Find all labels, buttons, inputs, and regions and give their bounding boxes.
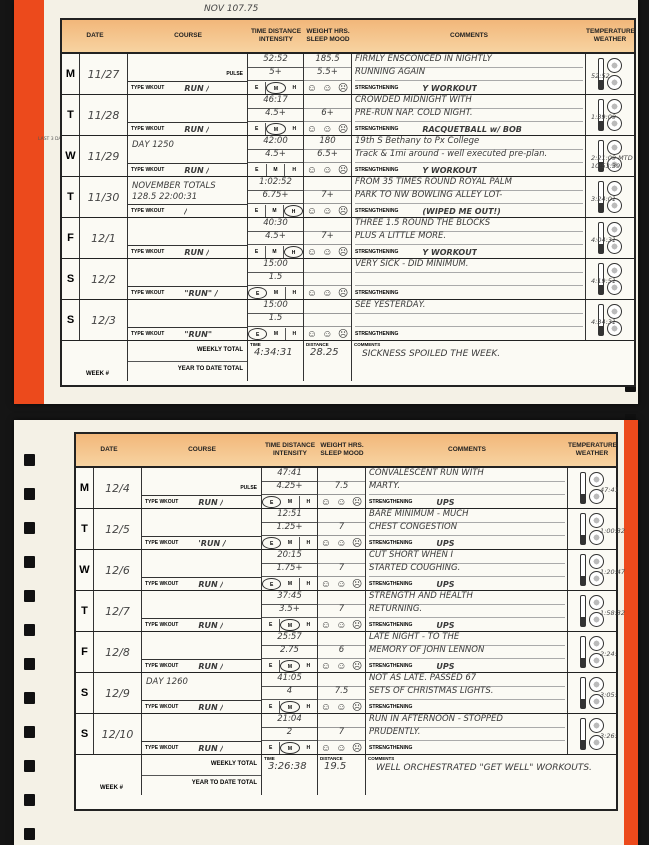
run-time: 46:17 xyxy=(248,95,303,109)
time-distance-cell[interactable]: 47:41 4.25+ E M H xyxy=(262,468,318,508)
time-distance-cell[interactable]: 42:00 4.5+ E M H xyxy=(248,136,304,176)
mood-faces[interactable]: ☺ ☺ ☹ xyxy=(318,660,365,672)
mood-faces[interactable]: ☺ ☺ ☹ xyxy=(318,619,365,631)
weight-sleep-cell[interactable]: 185.5 5.5+ ☺ ☺ ☹ xyxy=(304,54,352,94)
happy-face-icon[interactable]: ☺ xyxy=(321,743,331,754)
weekly-total-distance: 28.25 xyxy=(310,347,339,358)
happy-face-icon[interactable]: ☺ xyxy=(307,206,317,217)
sleep-hours xyxy=(304,313,351,327)
sad-face-icon[interactable]: ☹ xyxy=(338,247,348,258)
neutral-face-icon[interactable]: ☺ xyxy=(322,83,332,94)
weather-sun-icon xyxy=(607,304,622,319)
sad-face-icon[interactable]: ☹ xyxy=(338,83,348,94)
comments-cell[interactable]: CROWDED MIDNIGHT WITH PRE-RUN NAP. COLD … xyxy=(352,95,586,135)
neutral-face-icon[interactable]: ☺ xyxy=(322,124,332,135)
intensity-medium[interactable]: M xyxy=(267,287,285,299)
strengthening-value: Y WORKOUT xyxy=(422,84,477,93)
totals-row: WEEK # WEEKLY TOTALYEAR TO DATE TOTAL TI… xyxy=(76,755,616,795)
neutral-face-icon[interactable]: ☺ xyxy=(336,743,346,754)
intensity-hard[interactable]: H xyxy=(286,82,303,94)
time-distance-cell[interactable]: 1:02:52 6.75+ E M H xyxy=(248,177,304,217)
comment-line-2: RETURNING. xyxy=(369,604,565,618)
comments-cell[interactable]: STRENGTH AND HEALTH RETURNING. STRENGTHE… xyxy=(366,591,568,631)
comment-line-1: RUN IN AFTERNOON - STOPPED xyxy=(369,714,565,728)
sleep-hours: 7 xyxy=(318,727,365,741)
sad-face-icon[interactable]: ☹ xyxy=(352,579,362,590)
mood-faces[interactable]: ☺ ☺ ☹ xyxy=(318,537,365,549)
run-time: 52:52 xyxy=(248,54,303,68)
comment-line-2: MEMORY OF JOHN LENNON xyxy=(369,645,565,659)
neutral-face-icon[interactable]: ☺ xyxy=(336,661,346,672)
course-cell[interactable]: TYPE WKOUTRUN / xyxy=(142,591,262,631)
course-cell[interactable]: TYPE WKOUTRUN / xyxy=(128,95,248,135)
intensity-hard[interactable]: H xyxy=(300,619,317,631)
weekly-total-time: 4:34:31 xyxy=(254,347,293,358)
entry-date[interactable]: 11/28 xyxy=(80,95,128,135)
intensity-hard[interactable]: H xyxy=(284,205,303,217)
type-workout-label: TYPE WKOUT xyxy=(131,167,164,173)
run-time: 21:04 xyxy=(262,714,317,728)
weight-sleep-cell[interactable]: 180 6.5+ ☺ ☺ ☹ xyxy=(304,136,352,176)
sad-face-icon[interactable]: ☹ xyxy=(338,165,348,176)
sad-face-icon[interactable]: ☹ xyxy=(338,288,348,299)
time-distance-cell[interactable]: 15:00 1.5 E M H xyxy=(248,259,304,299)
sleep-hours: 7 xyxy=(318,563,365,577)
log-row: M 12/4 PULSE TYPE WKOUTRUN / 47:41 4.25+… xyxy=(76,468,616,509)
happy-face-icon[interactable]: ☺ xyxy=(321,579,331,590)
intensity-medium[interactable]: M xyxy=(267,164,286,176)
cumulative-time-note: 2:24: xyxy=(600,650,617,658)
intensity-medium[interactable]: M xyxy=(266,82,285,94)
type-workout-label: TYPE WKOUT xyxy=(145,499,178,505)
intensity-easy[interactable]: E xyxy=(248,287,267,299)
entry-date[interactable]: 12/3 xyxy=(80,300,128,340)
comments-cell[interactable]: CUT SHORT WHEN I STARTED COUGHING. STREN… xyxy=(366,550,568,590)
weight-sleep-cell[interactable]: 7+ ☺ ☺ ☹ xyxy=(304,177,352,217)
weight-sleep-cell[interactable]: 7.5 ☺ ☺ ☹ xyxy=(318,673,366,713)
comments-cell[interactable]: VERY SICK - DID MINIMUM. STRENGTHENING xyxy=(352,259,586,299)
course-cell[interactable]: TYPE WKOUT'RUN / xyxy=(142,509,262,549)
entry-date[interactable]: 12/2 xyxy=(80,259,128,299)
log-row: W 11/29 DAY 1250 TYPE WKOUTRUN / 42:00 4… xyxy=(62,136,634,177)
run-distance: 6.75+ xyxy=(248,190,303,204)
weather-sun-icon xyxy=(589,636,604,651)
weather-sun-icon xyxy=(607,181,622,196)
run-distance: 4 xyxy=(262,686,317,700)
comment-line-1: SEE YESTERDAY. xyxy=(355,300,583,314)
neutral-face-icon[interactable]: ☺ xyxy=(336,579,346,590)
mood-faces[interactable]: ☺ ☺ ☹ xyxy=(318,578,365,590)
log-page-bottom: DATECOURSETIME DISTANCE INTENSITYWEIGHT … xyxy=(14,420,638,845)
log-row: W 12/6 TYPE WKOUTRUN / 20:15 1.75+ E M H… xyxy=(76,550,616,591)
intensity-easy[interactable]: E xyxy=(248,246,266,258)
intensity-selector[interactable]: E M H xyxy=(262,537,317,549)
entry-date[interactable]: 12/9 xyxy=(94,673,142,713)
comment-line-1: FROM 35 TIMES ROUND ROYAL PALM xyxy=(355,177,583,191)
entry-date[interactable]: 12/6 xyxy=(94,550,142,590)
course-cell[interactable]: TYPE WKOUT"RUN" / xyxy=(128,259,248,299)
log-row: F 12/1 TYPE WKOUTRUN / 40:30 4.5+ E M H … xyxy=(62,218,634,259)
weather-sun-icon xyxy=(607,140,622,155)
course-cell[interactable]: TYPE WKOUTRUN / xyxy=(128,218,248,258)
weight-sleep-cell[interactable]: ☺ ☺ ☹ xyxy=(304,259,352,299)
happy-face-icon[interactable]: ☺ xyxy=(307,124,317,135)
intensity-hard[interactable]: H xyxy=(286,287,303,299)
intensity-hard[interactable]: H xyxy=(300,660,317,672)
course-cell[interactable]: DAY 1260 TYPE WKOUTRUN / xyxy=(142,673,262,713)
log-row: S 12/3 TYPE WKOUT"RUN" 15:00 1.5 E M H xyxy=(62,300,634,341)
strengthening-value: UPS xyxy=(436,662,454,671)
happy-face-icon[interactable]: ☺ xyxy=(307,165,317,176)
mood-faces[interactable]: ☺ ☺ ☹ xyxy=(318,496,365,508)
mood-faces[interactable]: ☺ ☺ ☹ xyxy=(304,328,351,340)
weight xyxy=(318,714,365,728)
intensity-easy[interactable]: E xyxy=(262,701,280,713)
intensity-selector[interactable]: E M H xyxy=(248,246,303,258)
course-cell[interactable]: TYPE WKOUTRUN / xyxy=(142,714,262,754)
comments-cell[interactable]: CONVALESCENT RUN WITH MARTY. STRENGTHENI… xyxy=(366,468,568,508)
weight-sleep-cell[interactable]: 6+ ☺ ☺ ☹ xyxy=(304,95,352,135)
intensity-selector[interactable]: E M H xyxy=(248,205,303,217)
course-cell[interactable]: PULSE TYPE WKOUTRUN / xyxy=(128,54,248,94)
strengthening-label: STRENGTHENING xyxy=(369,663,412,669)
intensity-selector[interactable]: E M H xyxy=(248,287,303,299)
sad-face-icon[interactable]: ☹ xyxy=(338,329,348,340)
run-time: 25:57 xyxy=(262,632,317,646)
time-distance-cell[interactable]: 46:17 4.5+ E M H xyxy=(248,95,304,135)
weather-sun-icon xyxy=(607,99,622,114)
time-distance-cell[interactable]: 12:51 1.25+ E M H xyxy=(262,509,318,549)
weight-sleep-cell[interactable]: 7+ ☺ ☺ ☹ xyxy=(304,218,352,258)
intensity-selector[interactable]: E M H xyxy=(248,164,303,176)
intensity-medium[interactable]: M xyxy=(280,701,299,713)
weight-sleep-cell[interactable]: 7 ☺ ☺ ☹ xyxy=(318,591,366,631)
comment-line-2 xyxy=(355,272,583,286)
time-distance-cell[interactable]: 25:57 2.75 E M H xyxy=(262,632,318,672)
pulse-label: PULSE xyxy=(240,485,257,491)
time-distance-cell[interactable]: 52:52 5+ E M H xyxy=(248,54,304,94)
intensity-medium[interactable]: M xyxy=(281,578,299,590)
header-weather: TEMPERATURE WEATHER xyxy=(586,28,634,44)
weight xyxy=(318,509,365,523)
time-distance-cell[interactable]: 21:04 2 E M H xyxy=(262,714,318,754)
time-distance-cell[interactable]: 41:05 4 E M H xyxy=(262,673,318,713)
total-distance-cell[interactable]: DISTANCE28.25 xyxy=(304,341,352,381)
type-workout-label: TYPE WKOUT xyxy=(145,704,178,710)
total-comments-cell[interactable]: COMMENTSWELL ORCHESTRATED "GET WELL" WOR… xyxy=(366,755,616,795)
intensity-easy[interactable]: E xyxy=(262,537,281,549)
intensity-medium[interactable]: M xyxy=(267,328,285,340)
course-line-2: 128.5 22:00:31 xyxy=(132,192,197,202)
happy-face-icon[interactable]: ☺ xyxy=(307,288,317,299)
comment-line-1: CUT SHORT WHEN I xyxy=(369,550,565,564)
intensity-selector[interactable]: E M H xyxy=(248,328,303,340)
intensity-hard[interactable]: H xyxy=(300,578,317,590)
intensity-medium[interactable]: M xyxy=(281,496,299,508)
log-row: T 12/7 TYPE WKOUTRUN / 37:45 3.5+ E M H … xyxy=(76,591,616,632)
weekly-comment: WELL ORCHESTRATED "GET WELL" WORKOUTS. xyxy=(376,759,592,777)
happy-face-icon[interactable]: ☺ xyxy=(321,702,331,713)
workout-type: / xyxy=(184,207,187,216)
cumulative-time-note: 4:34:31 xyxy=(591,318,616,326)
sad-face-icon[interactable]: ☹ xyxy=(352,538,362,549)
intensity-medium[interactable]: M xyxy=(280,619,299,631)
cumulative-time-note: 47:41 xyxy=(600,486,619,494)
strengthening-label: STRENGTHENING xyxy=(369,581,412,587)
comment-line-1: FIRMLY ENSCONCED IN NIGHTLY xyxy=(355,54,583,68)
intensity-hard[interactable]: H xyxy=(286,123,303,135)
intensity-selector[interactable]: E M H xyxy=(248,82,303,94)
course-line-1: DAY 1250 xyxy=(132,140,174,150)
neutral-face-icon[interactable]: ☺ xyxy=(322,329,332,340)
intensity-easy[interactable]: E xyxy=(248,123,266,135)
thermometer-icon xyxy=(580,677,586,709)
cumulative-time-note: 1:00:32 xyxy=(600,527,625,535)
type-workout-label: TYPE WKOUT xyxy=(131,208,164,214)
type-workout-label: TYPE WKOUT xyxy=(131,126,164,132)
total-time-cell[interactable]: TIME4:34:31 xyxy=(248,341,304,381)
intensity-selector[interactable]: E M H xyxy=(262,660,317,672)
comment-line-2 xyxy=(355,313,583,327)
entry-date[interactable]: 12/5 xyxy=(94,509,142,549)
weight xyxy=(304,218,351,232)
weight xyxy=(318,550,365,564)
intensity-medium[interactable]: M xyxy=(281,537,299,549)
log-row: T 11/28 TYPE WKOUTRUN / 46:17 4.5+ E M H… xyxy=(62,95,634,136)
happy-face-icon[interactable]: ☺ xyxy=(307,329,317,340)
thermometer-icon xyxy=(580,595,586,627)
intensity-easy[interactable]: E xyxy=(262,619,280,631)
mood-faces[interactable]: ☺ ☺ ☹ xyxy=(304,164,351,176)
comments-cell[interactable]: RUN IN AFTERNOON - STOPPED PRUDENTLY. ST… xyxy=(366,714,568,754)
neutral-face-icon[interactable]: ☺ xyxy=(322,165,332,176)
weight-sleep-cell[interactable]: 7 ☺ ☺ ☹ xyxy=(318,714,366,754)
log-row: F 12/8 TYPE WKOUTRUN / 25:57 2.75 E M H … xyxy=(76,632,616,673)
comments-cell[interactable]: FIRMLY ENSCONCED IN NIGHTLY RUNNING AGAI… xyxy=(352,54,586,94)
course-cell[interactable]: TYPE WKOUT"RUN" xyxy=(128,300,248,340)
intensity-selector[interactable]: E M H xyxy=(262,742,317,754)
happy-face-icon[interactable]: ☺ xyxy=(321,497,331,508)
comment-line-1: CROWDED MIDNIGHT WITH xyxy=(355,95,583,109)
entry-date[interactable]: 11/29 xyxy=(80,136,128,176)
type-workout-label: TYPE WKOUT xyxy=(131,249,164,255)
sleep-hours: 7 xyxy=(318,522,365,536)
happy-face-icon[interactable]: ☺ xyxy=(307,247,317,258)
intensity-easy[interactable]: E xyxy=(262,496,281,508)
entry-date[interactable]: 12/4 xyxy=(94,468,142,508)
intensity-hard[interactable]: H xyxy=(286,328,303,340)
intensity-hard[interactable]: H xyxy=(300,496,317,508)
intensity-easy[interactable]: E xyxy=(262,660,280,672)
intensity-hard[interactable]: H xyxy=(300,701,317,713)
total-distance-cell[interactable]: DISTANCE19.5 xyxy=(318,755,366,795)
sad-face-icon[interactable]: ☹ xyxy=(352,743,362,754)
intensity-easy[interactable]: E xyxy=(262,578,281,590)
comments-cell[interactable]: NOT AS LATE. PASSED 67 SETS OF CHRISTMAS… xyxy=(366,673,568,713)
week-number-cell[interactable]: WEEK # xyxy=(62,341,128,381)
course-line-1: DAY 1260 xyxy=(146,677,188,687)
weekday: T xyxy=(76,509,94,549)
comment-line-2: MARTY. xyxy=(369,481,565,495)
run-distance: 4.5+ xyxy=(248,149,303,163)
workout-type: RUN / xyxy=(198,580,223,589)
intensity-selector[interactable]: E M H xyxy=(262,701,317,713)
weekday: T xyxy=(62,95,80,135)
happy-face-icon[interactable]: ☺ xyxy=(321,538,331,549)
intensity-easy[interactable]: E xyxy=(262,742,280,754)
run-distance: 5+ xyxy=(248,67,303,81)
entry-date[interactable]: 12/10 xyxy=(94,714,142,754)
happy-face-icon[interactable]: ☺ xyxy=(321,620,331,631)
course-cell[interactable]: DAY 1250 TYPE WKOUTRUN / xyxy=(128,136,248,176)
neutral-face-icon[interactable]: ☺ xyxy=(336,497,346,508)
run-time: 41:05 xyxy=(262,673,317,687)
header-wsm: WEIGHT HRS. SLEEP MOOD xyxy=(318,442,366,458)
workout-type: RUN / xyxy=(198,498,223,507)
weekday: F xyxy=(76,632,94,672)
intensity-selector[interactable]: E M H xyxy=(262,578,317,590)
strengthening-label: STRENGTHENING xyxy=(355,167,398,173)
intensity-medium[interactable]: M xyxy=(266,123,285,135)
course-cell[interactable]: TYPE WKOUTRUN / xyxy=(142,632,262,672)
neutral-face-icon[interactable]: ☺ xyxy=(336,538,346,549)
sleep-hours: 7 xyxy=(318,604,365,618)
sad-face-icon[interactable]: ☹ xyxy=(352,497,362,508)
sad-face-icon[interactable]: ☹ xyxy=(352,620,362,631)
cumulative-time-note: 3:24:01 xyxy=(591,195,616,203)
cumulative-time-note: 2:21:09 MTD 10:53:39 xyxy=(591,154,638,170)
log-row: S 12/9 DAY 1260 TYPE WKOUTRUN / 41:05 4 … xyxy=(76,673,616,714)
week-number-cell[interactable]: WEEK # xyxy=(76,755,142,795)
weekly-total-distance: 19.5 xyxy=(324,761,346,772)
comments-cell[interactable]: THREE 1.5 ROUND THE BLOCKS PLUS A LITTLE… xyxy=(352,218,586,258)
workout-type: RUN / xyxy=(184,248,209,257)
weight-sleep-cell[interactable]: ☺ ☺ ☹ xyxy=(304,300,352,340)
intensity-medium[interactable]: M xyxy=(280,660,299,672)
run-time: 40:30 xyxy=(248,218,303,232)
weight-sleep-cell[interactable]: 7 ☺ ☺ ☹ xyxy=(318,550,366,590)
sad-face-icon[interactable]: ☹ xyxy=(338,206,348,217)
time-distance-cell[interactable]: 20:15 1.75+ E M H xyxy=(262,550,318,590)
intensity-medium[interactable]: M xyxy=(266,246,284,258)
entry-date[interactable]: 11/30 xyxy=(80,177,128,217)
intensity-medium[interactable]: M xyxy=(280,742,299,754)
sleep-hours: 5.5+ xyxy=(304,67,351,81)
workout-type: 'RUN / xyxy=(198,539,226,548)
intensity-easy[interactable]: E xyxy=(248,164,267,176)
comment-line-2: PRE-RUN NAP. COLD NIGHT. xyxy=(355,108,583,122)
weight-sleep-cell[interactable]: 6 ☺ ☺ ☹ xyxy=(318,632,366,672)
entry-date[interactable]: 11/27 xyxy=(80,54,128,94)
log-page-top: NOV 107.75 LAST 3 DAYS 10:25 DATECOURSET… xyxy=(14,0,638,404)
weight xyxy=(318,468,365,482)
intensity-selector[interactable]: E M H xyxy=(262,496,317,508)
weekday: S xyxy=(76,673,94,713)
weekly-comment: SICKNESS SPOILED THE WEEK. xyxy=(362,345,500,363)
happy-face-icon[interactable]: ☺ xyxy=(321,661,331,672)
weather-sun-icon xyxy=(607,263,622,278)
mood-faces[interactable]: ☺ ☺ ☹ xyxy=(304,287,351,299)
sad-face-icon[interactable]: ☹ xyxy=(338,124,348,135)
mood-faces[interactable]: ☺ ☺ ☹ xyxy=(304,82,351,94)
neutral-face-icon[interactable]: ☺ xyxy=(322,247,332,258)
weather-sun-icon xyxy=(589,677,604,692)
mood-faces[interactable]: ☺ ☺ ☹ xyxy=(318,742,365,754)
sad-face-icon[interactable]: ☹ xyxy=(352,702,362,713)
type-workout-label: TYPE WKOUT xyxy=(131,290,164,296)
intensity-medium[interactable]: M xyxy=(266,205,284,217)
weight-sleep-cell[interactable]: 7.5 ☺ ☺ ☹ xyxy=(318,468,366,508)
course-cell[interactable]: TYPE WKOUTRUN / xyxy=(142,550,262,590)
strengthening-label: STRENGTHENING xyxy=(369,745,412,751)
intensity-hard[interactable]: H xyxy=(284,246,303,258)
mood-faces[interactable]: ☺ ☺ ☹ xyxy=(304,123,351,135)
intensity-easy[interactable]: E xyxy=(248,205,266,217)
weight-sleep-cell[interactable]: 7 ☺ ☺ ☹ xyxy=(318,509,366,549)
mood-faces[interactable]: ☺ ☺ ☹ xyxy=(318,701,365,713)
header-note: NOV 107.75 xyxy=(204,4,258,14)
log-row: T 12/5 TYPE WKOUT'RUN / 12:51 1.25+ E M … xyxy=(76,509,616,550)
comments-cell[interactable]: BARE MINIMUM - MUCH CHEST CONGESTION STR… xyxy=(366,509,568,549)
happy-face-icon[interactable]: ☺ xyxy=(307,83,317,94)
sad-face-icon[interactable]: ☹ xyxy=(352,661,362,672)
time-distance-cell[interactable]: 15:00 1.5 E M H xyxy=(248,300,304,340)
intensity-selector[interactable]: E M H xyxy=(248,123,303,135)
course-cell[interactable]: NOVEMBER TOTALS 128.5 22:00:31 TYPE WKOU… xyxy=(128,177,248,217)
intensity-hard[interactable]: H xyxy=(300,742,317,754)
comments-cell[interactable]: FROM 35 TIMES ROUND ROYAL PALM PARK TO N… xyxy=(352,177,586,217)
type-workout-label: TYPE WKOUT xyxy=(145,581,178,587)
strengthening-label: STRENGTHENING xyxy=(355,126,398,132)
strengthening-label: STRENGTHENING xyxy=(355,290,398,296)
intensity-easy[interactable]: E xyxy=(248,328,267,340)
workout-type: RUN / xyxy=(184,84,209,93)
comments-cell[interactable]: 19th S Bethany to Px College Track & 1mi… xyxy=(352,136,586,176)
entry-date[interactable]: 12/8 xyxy=(94,632,142,672)
neutral-face-icon[interactable]: ☺ xyxy=(322,288,332,299)
run-time: 1:02:52 xyxy=(248,177,303,191)
time-distance-cell[interactable]: 37:45 3.5+ E M H xyxy=(262,591,318,631)
pulse-label: PULSE xyxy=(226,71,243,77)
run-distance: 4.5+ xyxy=(248,108,303,122)
entry-date[interactable]: 12/7 xyxy=(94,591,142,631)
course-cell[interactable]: PULSE TYPE WKOUTRUN / xyxy=(142,468,262,508)
total-comments-cell[interactable]: COMMENTSSICKNESS SPOILED THE WEEK. xyxy=(352,341,634,381)
comments-cell[interactable]: LATE NIGHT - TO THE MEMORY OF JOHN LENNO… xyxy=(366,632,568,672)
intensity-selector[interactable]: E M H xyxy=(262,619,317,631)
mood-faces[interactable]: ☺ ☺ ☹ xyxy=(304,205,351,217)
run-time: 12:51 xyxy=(262,509,317,523)
strengthening-label: STRENGTHENING xyxy=(355,208,398,214)
type-workout-label: TYPE WKOUT xyxy=(131,331,164,337)
neutral-face-icon[interactable]: ☺ xyxy=(336,702,346,713)
neutral-face-icon[interactable]: ☺ xyxy=(322,206,332,217)
total-time-cell[interactable]: TIME3:26:38 xyxy=(262,755,318,795)
type-workout-label: TYPE WKOUT xyxy=(131,85,164,91)
comments-cell[interactable]: SEE YESTERDAY. STRENGTHENING xyxy=(352,300,586,340)
time-distance-cell[interactable]: 40:30 4.5+ E M H xyxy=(248,218,304,258)
mood-faces[interactable]: ☺ ☺ ☹ xyxy=(304,246,351,258)
comment-line-2: CHEST CONGESTION xyxy=(369,522,565,536)
header-date: DATE xyxy=(76,446,142,454)
neutral-face-icon[interactable]: ☺ xyxy=(336,620,346,631)
intensity-hard[interactable]: H xyxy=(300,537,317,549)
intensity-easy[interactable]: E xyxy=(248,82,266,94)
entry-date[interactable]: 12/1 xyxy=(80,218,128,258)
thermometer-icon xyxy=(580,513,586,545)
intensity-hard[interactable]: H xyxy=(285,164,303,176)
comment-line-2: PRUDENTLY. xyxy=(369,727,565,741)
